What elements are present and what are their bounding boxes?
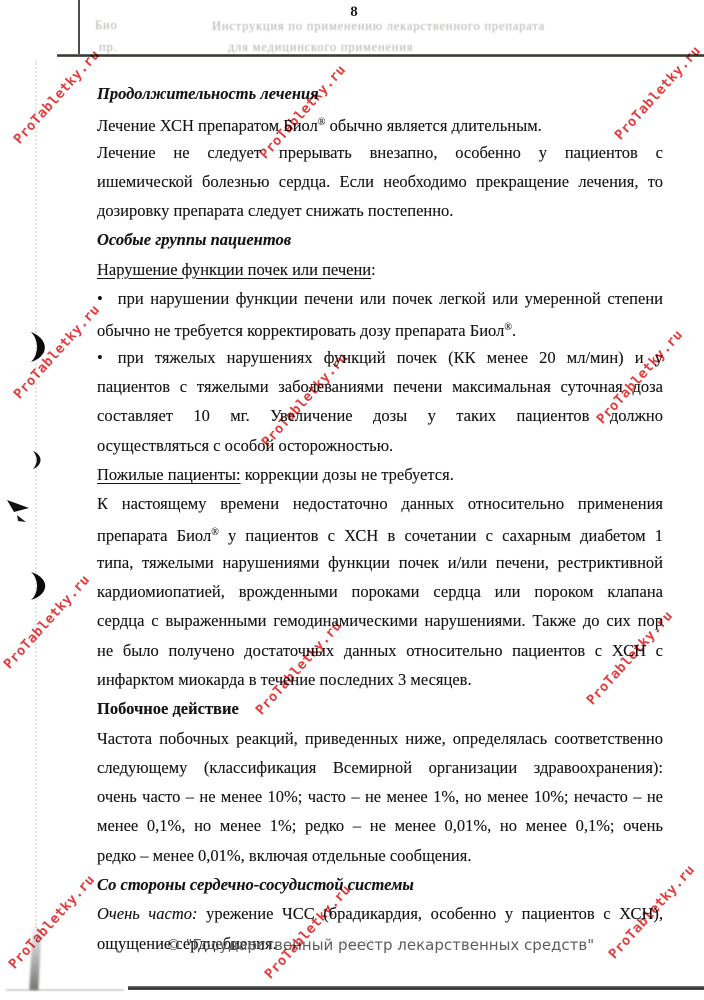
text-segment: Продолжительность лечения <box>97 84 319 103</box>
text-line: типа, тяжелыми нарушениями функции почек… <box>97 548 663 577</box>
text-line: Пожилые пациенты: коррекции дозы не треб… <box>97 460 663 489</box>
text-segment: очень часто – не менее 10%; часто – не м… <box>97 787 663 806</box>
text-segment: пациентов с тяжелыми заболеваниями печен… <box>97 377 663 396</box>
header-title-line: Инструкция по применению лекарственного … <box>212 19 545 34</box>
header-left-fragment: пр. <box>99 40 117 55</box>
text-segment: кардиомиопатией, врожденными пороками се… <box>97 582 663 601</box>
watermark: ProTabletky.ru <box>11 302 104 402</box>
text-line: Особые группы пациентов <box>97 225 663 254</box>
text-segment: составляет 10 мг. Увеличение дозы у таки… <box>97 406 663 425</box>
text-segment: осуществляться с особой осторожностью. <box>97 436 393 455</box>
watermark: ProTabletky.ru <box>6 872 99 972</box>
text-line: осуществляться с особой осторожностью. <box>97 431 663 460</box>
text-line: инфарктом миокарда в течение последних 3… <box>97 665 663 694</box>
text-segment: при тяжелых нарушениях функций почек (КК… <box>118 348 663 367</box>
text-line: обычно не требуется корректировать дозу … <box>97 313 663 342</box>
text-segment: следующему (классификация Всемирной орга… <box>97 758 663 777</box>
footer-copyright: © "Государственный реестр лекарственных … <box>97 936 663 954</box>
text-segment: обычно является длительным. <box>325 116 541 135</box>
text-segment: менее 0,1%, но менее 1%; редко – не мене… <box>97 816 663 835</box>
text-segment: Очень часто: <box>97 904 198 923</box>
text-line: Нарушение функции почек или печени: <box>97 255 663 284</box>
footer-rule-faint <box>6 989 124 991</box>
text-line: следующему (классификация Всемирной орга… <box>97 753 663 782</box>
text-segment: Пожилые пациенты: <box>97 465 241 484</box>
text-line: сердца с выраженными гемодинамическими н… <box>97 606 663 635</box>
scanned-document-page: 8 Био пр. Инструкция по применению лекар… <box>0 0 704 1000</box>
text-segment: Частота побочных реакций, приведенных ни… <box>97 729 663 748</box>
text-line: Со стороны сердечно-сосудистой системы <box>97 870 663 899</box>
text-segment: при нарушении функции печени или почек л… <box>118 289 663 308</box>
text-line: Продолжительность лечения <box>97 79 663 108</box>
text-line: К настоящему времени недостаточно данных… <box>97 489 663 518</box>
scan-fold-line <box>35 60 37 928</box>
text-line: Лечение не следует прерывать внезапно, о… <box>97 138 663 167</box>
text-segment: не было получено достаточных данных отно… <box>97 641 663 660</box>
text-segment: обычно не требуется корректировать дозу … <box>97 321 504 340</box>
text-segment: Лечение не следует прерывать внезапно, о… <box>97 143 663 162</box>
scan-artifact-blot <box>32 450 47 471</box>
header-left-fragment: Био <box>95 18 118 33</box>
text-line: препарата Биол® у пациентов с ХСН в соче… <box>97 518 663 547</box>
text-line: ишемической болезнью сердца. Если необхо… <box>97 167 663 196</box>
text-segment: : <box>371 260 376 279</box>
footer-rule <box>128 986 704 990</box>
text-line: составляет 10 мг. Увеличение дозы у таки… <box>97 401 663 430</box>
text-segment: дозировку препарата следует снижать пост… <box>97 201 453 220</box>
text-segment: Со стороны сердечно-сосудистой системы <box>97 875 414 894</box>
text-segment: ишемической болезнью сердца. Если необхо… <box>97 172 663 191</box>
text-segment: К настоящему времени недостаточно данных… <box>97 494 663 513</box>
text-segment: . <box>512 321 516 340</box>
document-body: Продолжительность леченияЛечение ХСН пре… <box>97 79 663 958</box>
text-segment: Нарушение функции почек или печени <box>97 260 371 279</box>
text-line: Частота побочных реакций, приведенных ни… <box>97 724 663 753</box>
text-line: Побочное действие <box>97 694 663 723</box>
header-rule <box>57 54 704 57</box>
text-line: не было получено достаточных данных отно… <box>97 636 663 665</box>
text-line: •при нарушении функции печени или почек … <box>97 284 663 313</box>
text-segment: урежение ЧСС (брадикардия, особенно у па… <box>198 904 664 923</box>
text-segment: • <box>97 289 103 308</box>
text-segment: ® <box>504 322 512 333</box>
scan-artifact-arrow <box>5 497 33 525</box>
text-line: очень часто – не менее 10%; часто – не м… <box>97 782 663 811</box>
text-segment: сердца с выраженными гемодинамическими н… <box>97 611 663 630</box>
text-line: пациентов с тяжелыми заболеваниями печен… <box>97 372 663 401</box>
text-line: редко – менее 0,01%, включая отдельные с… <box>97 841 663 870</box>
text-segment: препарата Биол <box>97 526 211 545</box>
text-segment: Особые группы пациентов <box>97 230 291 249</box>
text-line: кардиомиопатией, врожденными пороками се… <box>97 577 663 606</box>
text-segment: ® <box>211 527 219 538</box>
text-line: Лечение ХСН препаратом Биол® обычно явля… <box>97 108 663 137</box>
text-segment: у пациентов с ХСН в сочетании с сахарным… <box>219 526 663 545</box>
text-line: Очень часто: урежение ЧСС (брадикардия, … <box>97 899 663 928</box>
text-segment: типа, тяжелыми нарушениями функции почек… <box>97 553 663 572</box>
text-line: менее 0,1%, но менее 1%; редко – не мене… <box>97 811 663 840</box>
text-segment: коррекции дозы не требуется. <box>241 465 454 484</box>
text-segment: редко – менее 0,01%, включая отдельные с… <box>97 846 471 865</box>
text-segment: • <box>97 348 103 367</box>
header-title-line: для медицинского применения <box>228 40 413 55</box>
scan-artifact-blot <box>29 571 54 602</box>
text-line: •при тяжелых нарушениях функций почек (К… <box>97 343 663 372</box>
text-segment: Побочное действие <box>97 699 239 718</box>
watermark: ProTabletky.ru <box>11 47 104 147</box>
scan-edge-line <box>78 0 80 55</box>
text-line: дозировку препарата следует снижать пост… <box>97 196 663 225</box>
